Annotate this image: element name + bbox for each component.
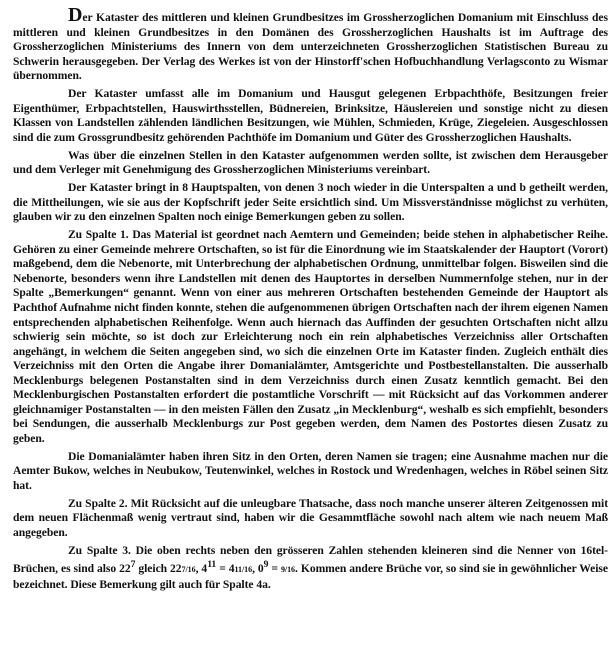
paragraph-spalte-3: Zu Spalte 3. Die oben rechts neben den g… xyxy=(13,544,608,593)
paragraph-vereinbarung: Was über die einzelnen Stellen in den Ka… xyxy=(13,149,608,178)
fraction: 11/16 xyxy=(235,565,253,574)
fraction: 7/16 xyxy=(182,565,196,574)
paragraph-intro: Der Kataster des mittleren und kleinen G… xyxy=(13,10,608,84)
paragraph-hauptspalten: Der Kataster bringt in 8 Hauptspalten, v… xyxy=(13,181,608,225)
drop-cap: D xyxy=(68,4,82,26)
text-run: gleich 22 xyxy=(135,562,181,575)
document-page: Der Kataster des mittleren und kleinen G… xyxy=(13,10,608,592)
text-run: , 4 xyxy=(196,562,208,575)
paragraph-spalte-2: Zu Spalte 2. Mit Rücksicht auf die unleu… xyxy=(13,497,608,541)
paragraph-domanialaemter: Die Domanialämter haben ihren Sitz in de… xyxy=(13,450,608,494)
paragraph-spalte-1: Zu Spalte 1. Das Material ist geordnet n… xyxy=(13,228,608,446)
paragraph-text: er Kataster des mittleren und kleinen Gr… xyxy=(13,11,608,82)
text-run: = 4 xyxy=(216,562,234,575)
text-run: , 0 xyxy=(252,562,264,575)
paragraph-umfang: Der Kataster umfasst alle im Domanium un… xyxy=(13,87,608,145)
superscript: 11 xyxy=(207,559,216,570)
text-run: = xyxy=(268,562,281,575)
fraction: 9/16 xyxy=(281,565,295,574)
